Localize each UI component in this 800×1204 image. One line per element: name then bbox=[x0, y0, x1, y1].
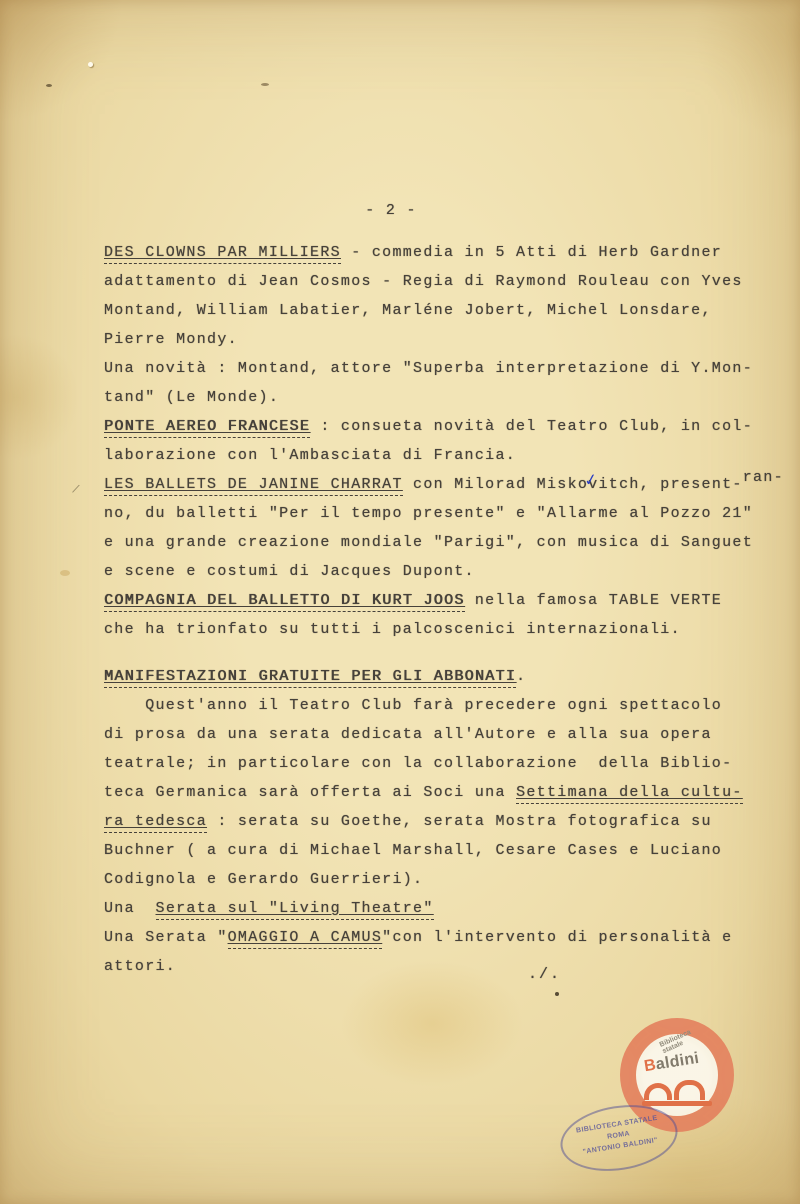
underlined-text: ra tedesca bbox=[104, 813, 207, 833]
typed-text: Una bbox=[104, 900, 156, 917]
document-line: Una novità : Montand, attore "Superba in… bbox=[104, 354, 794, 383]
paper-speck bbox=[46, 84, 52, 87]
open-book-icon bbox=[644, 1080, 710, 1106]
paper-speck bbox=[261, 83, 269, 86]
document-body: DES CLOWNS PAR MILLIERS - commedia in 5 … bbox=[104, 238, 794, 981]
scanned-page: - 2 - DES CLOWNS PAR MILLIERS - commedia… bbox=[0, 0, 800, 1204]
document-line: laborazione con l'Ambasciata di Francia. bbox=[104, 441, 794, 470]
typed-text: Una novità : Montand, attore "Superba in… bbox=[104, 360, 753, 377]
document-line: teca Germanica sarà offerta ai Soci una … bbox=[104, 778, 794, 807]
typed-text: con Milorad Misko bbox=[403, 476, 588, 493]
typed-text: Buchner ( a cura di Michael Marshall, Ce… bbox=[104, 842, 722, 859]
typed-text: "con l'intervento di personalità e bbox=[382, 929, 732, 946]
document-line: adattamento di Jean Cosmos - Regia di Ra… bbox=[104, 267, 794, 296]
document-line: PONTE AEREO FRANCESE : consueta novità d… bbox=[104, 412, 794, 441]
typed-text: ran- bbox=[743, 469, 784, 486]
typed-text: attori. bbox=[104, 958, 176, 975]
document-line: tand" (Le Monde). bbox=[104, 383, 794, 412]
document-line: Codignola e Gerardo Guerrieri). bbox=[104, 865, 794, 894]
typed-text: Codignola e Gerardo Guerrieri). bbox=[104, 871, 423, 888]
typed-text: . bbox=[516, 668, 526, 685]
book-base bbox=[642, 1101, 712, 1106]
underlined-text: DES CLOWNS PAR MILLIERS bbox=[104, 244, 341, 264]
document-line: Una Serata "OMAGGIO A CAMUS"con l'interv… bbox=[104, 923, 794, 952]
underlined-text: MANIFESTAZIONI GRATUITE PER GLI ABBONATI bbox=[104, 668, 516, 688]
paper-speck bbox=[555, 992, 559, 996]
document-line: ra tedesca : serata su Goethe, serata Mo… bbox=[104, 807, 794, 836]
typed-text: Una Serata " bbox=[104, 929, 228, 946]
document-line: Pierre Mondy. bbox=[104, 325, 794, 354]
typed-text: teatrale; in particolare con la collabor… bbox=[104, 755, 732, 772]
typed-text: adattamento di Jean Cosmos - Regia di Ra… bbox=[104, 273, 743, 290]
underlined-text: LES BALLETS DE JANINE CHARRAT bbox=[104, 476, 403, 496]
typed-text: Quest'anno il Teatro Club farà precedere… bbox=[104, 697, 722, 714]
underlined-text: PONTE AEREO FRANCESE bbox=[104, 418, 310, 438]
document-line: teatrale; in particolare con la collabor… bbox=[104, 749, 794, 778]
document-line: e scene e costumi di Jacques Dupont. bbox=[104, 557, 794, 586]
underlined-text: Serata sul "Living Theatre" bbox=[156, 900, 434, 920]
typed-text: di prosa da una serata dedicata all'Auto… bbox=[104, 726, 712, 743]
continuation-mark: ./. bbox=[528, 966, 561, 983]
typed-text: Pierre Mondy. bbox=[104, 331, 238, 348]
document-line: e una grande creazione mondiale "Parigi"… bbox=[104, 528, 794, 557]
typed-text: itch, present- bbox=[599, 476, 743, 493]
document-line: Montand, William Labatier, Marléne Jober… bbox=[104, 296, 794, 325]
paper-pinhole bbox=[88, 62, 93, 67]
typed-text: : consueta novità del Teatro Club, in co… bbox=[310, 418, 753, 435]
typed-text: teca Germanica sarà offerta ai Soci una bbox=[104, 784, 516, 801]
document-line: Quest'anno il Teatro Club farà precedere… bbox=[104, 691, 794, 720]
typed-text: Montand, William Labatier, Marléne Jober… bbox=[104, 302, 712, 319]
typed-text: laborazione con l'Ambasciata di Francia. bbox=[104, 447, 516, 464]
page-number: - 2 - bbox=[0, 202, 782, 219]
document-line: attori. bbox=[104, 952, 794, 981]
typed-text: no, du balletti "Per il tempo presente" … bbox=[104, 505, 753, 522]
typed-text: : serata su Goethe, serata Mostra fotogr… bbox=[207, 813, 712, 830]
typed-text: e una grande creazione mondiale "Parigi"… bbox=[104, 534, 753, 551]
book-left-page bbox=[644, 1083, 672, 1100]
typed-text: v✓ bbox=[588, 470, 598, 499]
underlined-text: COMPAGNIA DEL BALLETTO DI KURT JOOS bbox=[104, 592, 465, 612]
document-line: no, du balletti "Per il tempo presente" … bbox=[104, 499, 794, 528]
document-line: che ha trionfato su tutti i palcoscenici… bbox=[104, 615, 794, 644]
document-line: MANIFESTAZIONI GRATUITE PER GLI ABBONATI… bbox=[104, 662, 794, 691]
typed-text: e scene e costumi di Jacques Dupont. bbox=[104, 563, 475, 580]
typed-text: tand" (Le Monde). bbox=[104, 389, 279, 406]
underlined-text: Settimana della cultu- bbox=[516, 784, 743, 804]
book-right-page bbox=[674, 1080, 705, 1100]
document-line: Buchner ( a cura di Michael Marshall, Ce… bbox=[104, 836, 794, 865]
document-line: LES BALLETS DE JANINE CHARRAT con Milora… bbox=[104, 470, 794, 499]
underlined-text: OMAGGIO A CAMUS bbox=[228, 929, 383, 949]
pencil-slash-mark: / bbox=[70, 482, 80, 497]
typed-text: - commedia in 5 Atti di Herb Gardner bbox=[341, 244, 722, 261]
typed-text: nella famosa TABLE VERTE bbox=[465, 592, 723, 609]
document-line: di prosa da una serata dedicata all'Auto… bbox=[104, 720, 794, 749]
paper-stain bbox=[60, 570, 70, 576]
document-line: DES CLOWNS PAR MILLIERS - commedia in 5 … bbox=[104, 238, 794, 267]
typed-text: che ha trionfato su tutti i palcoscenici… bbox=[104, 621, 681, 638]
document-line: Una Serata sul "Living Theatre" bbox=[104, 894, 794, 923]
document-line: COMPAGNIA DEL BALLETTO DI KURT JOOS nell… bbox=[104, 586, 794, 615]
